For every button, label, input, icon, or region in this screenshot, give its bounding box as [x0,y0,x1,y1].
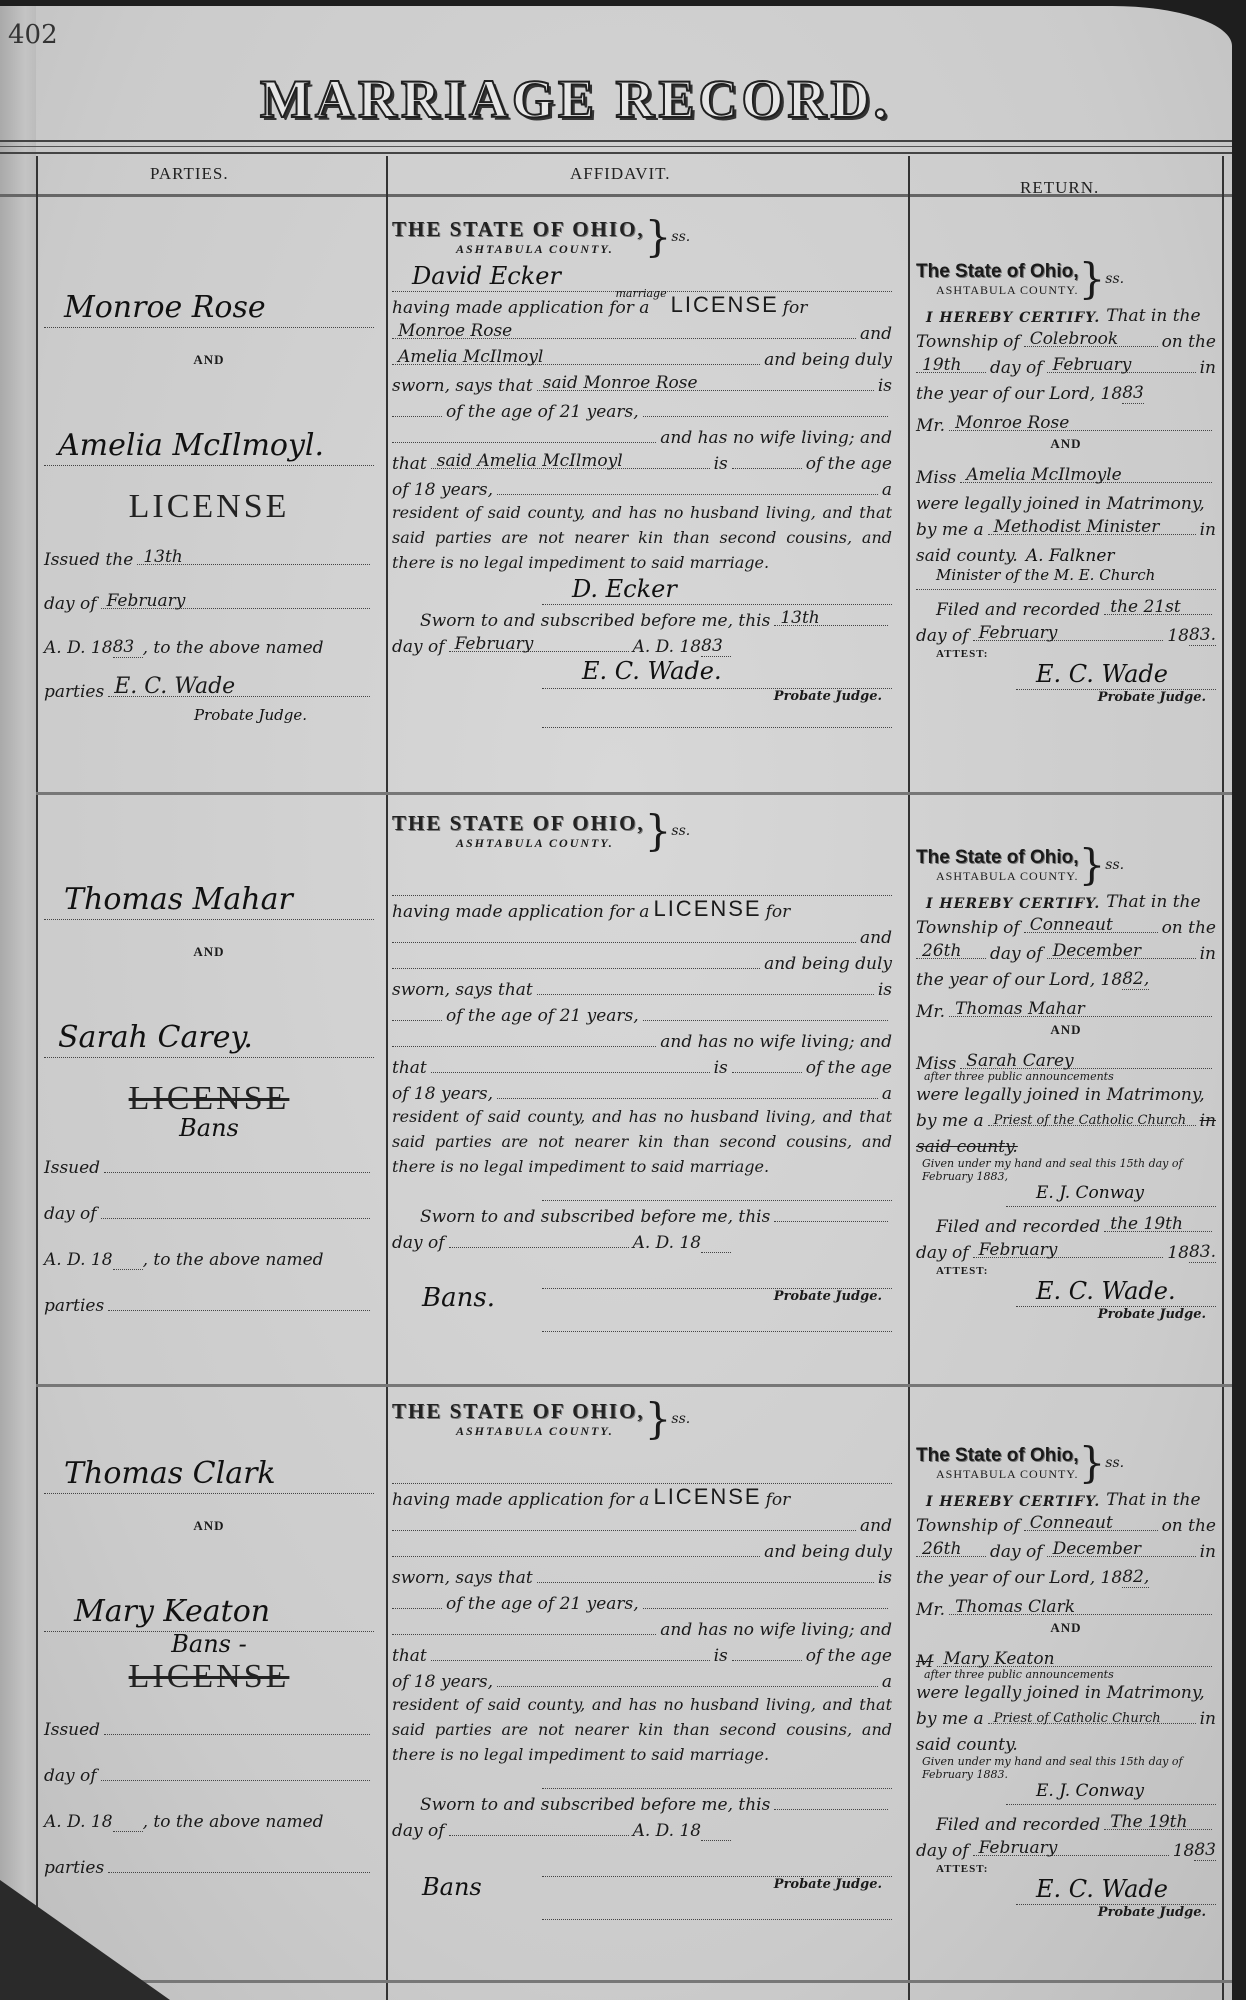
ad-row: A. D. 18 83 , to the above named [44,632,374,658]
day-of-label: day of [44,1204,97,1224]
filed-month: February [979,623,1058,643]
filed-month: February [979,1240,1058,1260]
for-groom: Monroe Rose [398,321,512,341]
for-label: for [766,1490,791,1510]
blank-line [542,704,892,728]
affidavit-cell: THE STATE OF OHIO, ASHTABULA COUNTY. }ss… [392,796,892,1332]
sworn-row: sworn, says that said Monroe Rose is [392,370,892,396]
return-year: 83 [1122,383,1144,404]
state-of-ohio: THE STATE OF OHIO, [392,1399,645,1424]
township-row: Township of Colebrook on the [916,326,1216,352]
ad-row: A. D. 18 , to the above named [44,1244,374,1270]
filed-row: Filed and recordedThe 19th [916,1809,1216,1835]
ad-label: A. D. 18 [633,1233,702,1253]
attest-label: ATTEST: [936,1265,1216,1277]
day-of-label: day of [990,944,1043,964]
age21-row: of the age of 21 years, [392,1588,892,1614]
officiant-signature: E. J. Conway [1006,1781,1216,1805]
return-month: December [1053,1539,1141,1559]
and-label: AND [44,1518,374,1534]
issued-label: Issued [44,1720,100,1740]
legally-joined-row: were legally joined in Matrimony, [916,488,1216,514]
issued-by-signature: E. C. Wade [114,674,235,699]
entry-separator [36,1980,1232,1983]
column-header-affidavit: AFFIDAVIT. [570,164,671,184]
attest-label: ATTEST: [936,648,1216,660]
license-inline: LICENSE [653,1484,761,1510]
affidavit-cell: THE STATE OF OHIO, ASHTABULA COUNTY. }ss… [392,202,892,728]
certify-row: I HEREBY CERTIFY. That in the [916,300,1216,326]
and-label: AND [916,1022,1216,1038]
return-bride: Sarah Carey [966,1051,1073,1071]
a-label: a [882,480,892,500]
being-duly-label: and being duly [764,954,892,974]
township-label: Township of [916,1516,1020,1536]
groom-name: Monroe Rose [44,290,374,328]
application-row: having made application for a marriage L… [392,292,892,318]
groom-name: Thomas Mahar [44,882,374,920]
sworn-subscribed-label: Sworn to and subscribed before me, this [420,1207,770,1227]
column-header-parties: PARTIES. [150,164,229,184]
no-wife-label: and has no wife living; and [660,428,892,448]
attest-label: ATTEST: [936,1863,1216,1875]
sworn-label: sworn, says that [392,1568,533,1588]
return-bride: Mary Keaton [943,1649,1054,1669]
to-above-named-label: , to the above named [143,1812,324,1832]
application-row: having made application for a LICENSE fo… [392,896,892,922]
that-label: that [392,1058,427,1078]
bride-prefix: Miss [916,468,956,488]
groom-name: Thomas Clark [44,1456,374,1494]
sworn-year: 83 [701,636,731,657]
age21-label: of the age of 21 years, [446,1594,639,1614]
sworn-label: sworn, says that [392,376,533,396]
filed-day: the 19th [1110,1214,1183,1234]
sworn-row: sworn, says thatis [392,1562,892,1588]
bride-name: Amelia McIlmoyl. [44,428,374,466]
application-row: having made application for aLICENSEfor [392,1484,892,1510]
in-label: in [1200,358,1216,378]
is-label: is [878,376,892,396]
issued-month: February [107,591,186,611]
hereby-certify: I HEREBY CERTIFY. [926,1494,1100,1510]
return-day: 19th [922,355,961,375]
ss-label: ss. [1105,857,1124,873]
sworn-subscribed-label: Sworn to and subscribed before me, this [420,611,770,631]
judge-signature-blank [542,1253,892,1289]
issued-year [113,1269,143,1270]
township-label: Township of [916,332,1020,352]
attest-signature: E. C. Wade [1016,1875,1216,1905]
hereby-certify: I HEREBY CERTIFY. [926,896,1100,912]
blank-line [542,1892,892,1920]
said-county-row: said county. [916,1131,1216,1157]
signature-blank [542,1767,892,1789]
year-label: the year of our Lord, 18 [916,384,1122,404]
return-cell: The State of Ohio, ASHTABULA COUNTY. }ss… [916,796,1216,1322]
book-binding-corner [0,1880,170,2000]
said-county-row: said county. A. Falkner [916,540,1216,566]
mr-label: Mr. [916,1002,945,1022]
license-heading: LICENSE [44,488,374,526]
return-state-header: The State of Ohio, ASHTABULA COUNTY. }ss… [916,1442,1216,1484]
given-under-hand-note: Given under my hand and seal this 15th d… [916,1755,1216,1781]
license-heading-struck: LICENSE [44,1658,374,1696]
return-county: ASHTABULA COUNTY. [936,283,1079,298]
no-wife-row: and has no wife living; and [392,1026,892,1052]
parties-cell: Thomas Mahar AND Sarah Carey. LICENSE Ba… [44,796,374,1316]
day-of-label: day of [392,1233,445,1253]
to-above-named-label: , to the above named [143,1250,324,1270]
filed-year: 83 [1194,1840,1216,1861]
that-bride: said Amelia McIlmoyl [437,451,623,471]
return-groom: Monroe Rose [955,413,1069,433]
parties-label: parties [44,1296,104,1316]
on-the-label: on the [1162,332,1216,352]
application-label: having made application for a [392,1490,649,1510]
page-title: MARRIAGE RECORD. [260,68,891,130]
no-wife-row: and has no wife living; and [392,422,892,448]
announcement-note: after three public announcements [916,1668,1216,1681]
affidavit-bans-note: Bans [422,1873,482,1901]
state-of-ohio: THE STATE OF OHIO, [392,217,645,242]
year-row: the year of our Lord, 18 83 [916,378,1216,404]
and-word: and [860,324,892,344]
issued-label: Issued the [44,550,133,570]
for-label: for [783,298,808,318]
parties-label: parties [44,1858,104,1878]
that-label: that [392,1646,427,1666]
year-label: the year of our Lord, 18 [916,970,1122,990]
attest-signature: E. C. Wade. [1016,1277,1216,1307]
year-prefix: 18 [1173,1841,1195,1861]
that-bride-row: thatisof the age [392,1640,892,1666]
judge-signature: E. C. Wade. [542,657,892,689]
ad-label: A. D. 18 [633,1821,702,1841]
day-of-row: day of [44,1760,374,1786]
issued-row: Issued [44,1152,374,1178]
return-state-header: The State of Ohio, ASHTABULA COUNTY. }ss… [916,844,1216,886]
legally-joined-row: were legally joined in Matrimony, [916,1083,1216,1105]
groom-row: Mr.Thomas Clark [916,1594,1216,1620]
ad-label: A. D. 18 [44,638,113,658]
and-label: AND [44,944,374,960]
that-label: that [392,454,427,474]
sworn-row: sworn, says thatis [392,974,892,1000]
ad-label: A. D. 18 [633,637,702,657]
return-state-header: The State of Ohio, ASHTABULA COUNTY. }ss… [916,258,1216,300]
resident-paragraph: resident of said county, and has no husb… [392,1692,892,1767]
officiant-title: Minister of the M. E. Church [916,566,1216,590]
year-row: the year of our Lord, 1882, [916,964,1216,990]
said-county-label: said county. [916,546,1018,566]
day-of-label: day of [916,626,969,646]
day-of-row: day of February [44,588,374,614]
township: Conneaut [1030,915,1113,935]
township-label: Township of [916,918,1020,938]
for-groom-row: and [392,922,892,948]
day-of-label: day of [392,637,445,657]
filed-row: Filed and recordedthe 19th [916,1211,1216,1237]
sworn-groom: said Monroe Rose [543,373,698,393]
bride-name: Mary Keaton [44,1594,374,1632]
officiant-row: by me aPriest of Catholic Churchin [916,1703,1216,1729]
return-county: ASHTABULA COUNTY. [936,869,1079,884]
filed-year: 83. [1189,1242,1216,1263]
age18-row: of 18 years,a [392,1666,892,1692]
officiant: Methodist Minister [994,517,1160,537]
and-label: AND [916,436,1216,452]
ss-label: ss. [671,1411,690,1427]
bride-row: Miss Amelia McIlmoyle [916,462,1216,488]
ss-label: ss. [1105,1455,1124,1471]
affidavit-bans-note: Bans. [422,1283,495,1313]
state-of-ohio: THE STATE OF OHIO, [392,811,645,836]
age18-label: of 18 years, [392,1672,493,1692]
filed-label: Filed and recorded [936,1217,1100,1237]
parties-row: parties [44,1852,374,1878]
filed-label: Filed and recorded [936,600,1100,620]
groom-row: Mr. Monroe Rose [916,410,1216,436]
return-date-row: 26thday ofDecemberin [916,938,1216,964]
and-word: and [860,928,892,948]
filed-date-row: day ofFebruary1883 [916,1835,1216,1861]
said-county-label: said county. [916,1735,1018,1755]
header-rule [0,194,1232,197]
township-row: Township ofConneauton the [916,1510,1216,1536]
brace: } [645,810,672,852]
entry-separator [36,792,1232,795]
return-cell: The State of Ohio, ASHTABULA COUNTY. }ss… [916,1388,1216,1920]
mr-label: Mr. [916,1600,945,1620]
day-of-label: day of [990,358,1043,378]
column-divider [36,156,38,2000]
return-day: 26th [922,941,961,961]
return-state: The State of Ohio, [916,847,1079,869]
probate-judge-label: Probate Judge. [916,1307,1206,1322]
announcement-note: after three public announcements [916,1070,1216,1083]
day-of-label: day of [44,1766,97,1786]
filed-label: Filed and recorded [936,1815,1100,1835]
officiant-signature: A. Falkner [1026,546,1115,566]
and-label: AND [44,352,374,368]
age18-label: of 18 years, [392,480,493,500]
age21-row: of the age of 21 years, [392,396,892,422]
state-header: THE STATE OF OHIO, ASHTABULA COUNTY. }ss… [392,216,892,258]
day-of-row: day of [44,1198,374,1224]
filed-day: The 19th [1110,1812,1187,1832]
county-label: ASHTABULA COUNTY. [456,242,645,257]
state-header: THE STATE OF OHIO, ASHTABULA COUNTY. }ss… [392,810,892,852]
in-label: in [1200,1542,1216,1562]
age18-row: of 18 years,a [392,1078,892,1104]
brace: } [1079,258,1106,300]
sworn-date-row: day ofA. D. 18 [392,1815,892,1841]
said-county-label-struck: said county. [916,1137,1018,1157]
is-label: is [714,454,728,474]
ss-label: ss. [671,823,690,839]
year-prefix: 18 [1167,626,1189,646]
brace: } [1079,844,1106,886]
officiant: Priest of the Catholic Church [994,1113,1186,1128]
certify-row: I HEREBY CERTIFY.That in the [916,886,1216,912]
township: Colebrook [1030,329,1119,349]
that-in-the: That in the [1106,1490,1200,1510]
age18-row: of 18 years, a [392,474,892,500]
return-bride: Amelia McIlmoyle [966,465,1121,485]
day-of-label: day of [44,594,97,614]
return-month: December [1053,941,1141,961]
attest-signature: E. C. Wade [1016,660,1216,690]
age21-row: of the age of 21 years, [392,1000,892,1026]
resident-paragraph: resident of said county, and has no husb… [392,1104,892,1179]
issued-year [113,1831,143,1832]
township-row: Township ofConneauton the [916,912,1216,938]
license-note: Bans - [44,1630,374,1658]
applicant-name-blank [392,1454,892,1484]
day-of-label: day of [990,1542,1043,1562]
applicant-name-blank [392,866,892,896]
judge-row: Probate Judge. Bans. [392,1289,892,1304]
return-state: The State of Ohio, [916,261,1079,283]
year-blank [701,1235,731,1253]
sworn-subscribed-row: Sworn to and subscribed before me, this [392,1201,892,1227]
is-label: is [714,1646,728,1666]
officiant: Priest of Catholic Church [994,1711,1161,1726]
probate-judge-label: Probate Judge. [916,690,1206,705]
year-prefix: 18 [1167,1243,1189,1263]
year-row: the year of our Lord, 1882, [916,1562,1216,1588]
page-number: 402 [8,20,58,50]
return-day: 26th [922,1539,961,1559]
column-divider [908,156,910,2000]
year-blank [701,1823,731,1841]
license-type-note: marriage [615,287,666,300]
entry-separator [36,1384,1232,1387]
county-label: ASHTABULA COUNTY. [456,1424,645,1439]
filed-month: February [979,1838,1058,1858]
brace: } [645,1398,672,1440]
for-groom-row: Monroe Rose and [392,318,892,344]
return-date-row: 26thday ofDecemberin [916,1536,1216,1562]
parties-row: parties [44,1290,374,1316]
and-word: and [860,1516,892,1536]
return-county: ASHTABULA COUNTY. [936,1467,1079,1482]
state-header: THE STATE OF OHIO, ASHTABULA COUNTY. }ss… [392,1398,892,1440]
filed-date-row: day ofFebruary1883. [916,1237,1216,1263]
that-bride-row: that said Amelia McIlmoyl is of the age [392,448,892,474]
parties-cell: Thomas Clark AND Mary Keaton Bans - LICE… [44,1388,374,1878]
said-county-row: said county. [916,1729,1216,1755]
probate-judge-label: Probate Judge. [392,689,882,704]
ss-label: ss. [671,229,690,245]
is-label: is [878,980,892,1000]
judge-signature-blank [542,1841,892,1877]
sworn-month: February [455,634,534,654]
bride-name: Sarah Carey. [44,1020,374,1058]
parties-cell: Monroe Rose AND Amelia McIlmoyl. LICENSE… [44,202,374,724]
sworn-label: sworn, says that [392,980,533,1000]
of-age-label: of the age [806,1646,892,1666]
issued-day: 13th [143,547,182,567]
book-spine [0,6,36,2000]
for-bride-row: and being duly [392,1536,892,1562]
no-wife-label: and has no wife living; and [660,1032,892,1052]
application-label: having made application for a [392,902,649,922]
legally-joined-label: were legally joined in Matrimony, [916,1683,1205,1703]
that-in-the: That in the [1106,892,1200,912]
brace: } [1079,1442,1106,1484]
sworn-subscribed-row: Sworn to and subscribed before me, this … [392,605,892,631]
issued-by-title: Probate Judge. [194,706,374,724]
return-state: The State of Ohio, [916,1445,1079,1467]
filed-date-row: day of February 18 83. [916,620,1216,646]
being-duly-label: and being duly [764,1542,892,1562]
affidavit-cell: THE STATE OF OHIO, ASHTABULA COUNTY. }ss… [392,1388,892,1920]
in-label: in [1200,520,1216,540]
license-heading-struck: LICENSE [44,1080,374,1118]
blank-line [542,1304,892,1332]
by-me-a-label: by me a [916,1709,984,1729]
column-divider [386,156,388,2000]
hereby-certify: I HEREBY CERTIFY. [926,310,1100,326]
is-label: is [878,1568,892,1588]
for-bride: Amelia McIlmoyl [398,347,543,367]
title-rule [0,140,1232,154]
return-year: 82, [1122,969,1149,990]
legally-joined-row: were legally joined in Matrimony, [916,1681,1216,1703]
return-year: 82, [1122,1567,1149,1588]
year-label: the year of our Lord, 18 [916,1568,1122,1588]
return-cell: The State of Ohio, ASHTABULA COUNTY. }ss… [916,202,1216,705]
legally-joined-label: were legally joined in Matrimony, [916,494,1205,514]
on-the-label: on the [1162,1516,1216,1536]
application-label: having made application for a [392,298,649,318]
issued-row: Issued the 13th [44,544,374,570]
parties-label: parties [44,682,104,702]
of-age-label: of the age [806,1058,892,1078]
legally-joined-label: were legally joined in Matrimony, [916,1085,1205,1105]
for-groom-row: and [392,1510,892,1536]
in-label: in [1200,944,1216,964]
return-month: February [1053,355,1132,375]
brace: } [645,216,672,258]
license-inline: LICENSE [653,896,761,922]
signature-blank [542,1179,892,1201]
county-label: ASHTABULA COUNTY. [456,836,645,851]
return-date-row: 19th day of February in [916,352,1216,378]
of-age-label: of the age [806,454,892,474]
being-duly-label: and being duly [764,350,892,370]
officiant-signature: E. J. Conway [1006,1183,1216,1207]
a-label: a [882,1084,892,1104]
filed-year: 83. [1189,625,1216,646]
ad-label: A. D. 18 [44,1812,113,1832]
groom-row: Mr.Thomas Mahar [916,996,1216,1022]
applicant-signature: D. Ecker [542,575,892,605]
return-groom: Thomas Clark [955,1597,1075,1617]
issued-row: Issued [44,1714,374,1740]
that-bride-row: thatisof the age [392,1052,892,1078]
license-note: Bans [44,1114,374,1142]
sworn-date-row: day of February A. D. 18 83 [392,631,892,657]
to-above-named-label: , to the above named [143,638,324,658]
and-label: AND [916,1620,1216,1636]
in-label-struck: in [1200,1111,1216,1131]
on-the-label: on the [1162,918,1216,938]
age18-label: of 18 years, [392,1084,493,1104]
issued-year: 83 [113,637,143,658]
